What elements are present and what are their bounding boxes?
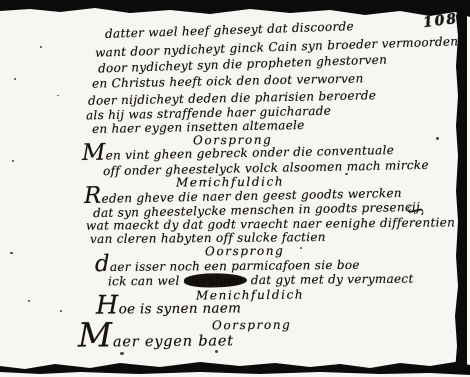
ink-flourish: ʃ (407, 208, 426, 214)
speck (57, 95, 59, 96)
speck (14, 78, 16, 80)
manuscript-line: datter wael heef gheseyt dat discoorde (105, 19, 354, 41)
speck (205, 180, 207, 182)
speck (300, 247, 302, 249)
scan-border-top (0, 0, 470, 18)
speaker-heading-oorsprong: Oorsprong (212, 318, 292, 333)
speck (215, 350, 218, 353)
scan-border-bottom (0, 358, 470, 377)
speck (40, 46, 42, 48)
ink-blot: verstaen (183, 273, 248, 288)
speaker-heading-oorsprong: Oorsprong (205, 244, 285, 259)
manuscript-line: Hoe is synen naem (96, 300, 241, 317)
manuscript-line-with-blot: ick can wel verstaen dat gyt met dy very… (108, 272, 414, 289)
blot-line-post: dat gyt met dy verymaect (251, 272, 414, 287)
page-number: 108 (422, 11, 459, 31)
speck (345, 173, 348, 175)
speck (10, 252, 13, 254)
speck (120, 352, 124, 355)
manuscript-line: Maer eygen baet (78, 333, 234, 350)
speck (28, 300, 30, 302)
speaker-heading-menichfuldich: Menichfuldich (176, 175, 284, 190)
speck (60, 310, 62, 312)
scan-border-right (455, 6, 467, 370)
manuscript-page: 108 datter wael heef gheseyt dat discoor… (0, 0, 470, 377)
blot-line-pre: ick can wel (108, 274, 180, 289)
speck (12, 160, 14, 162)
speck (436, 137, 439, 140)
